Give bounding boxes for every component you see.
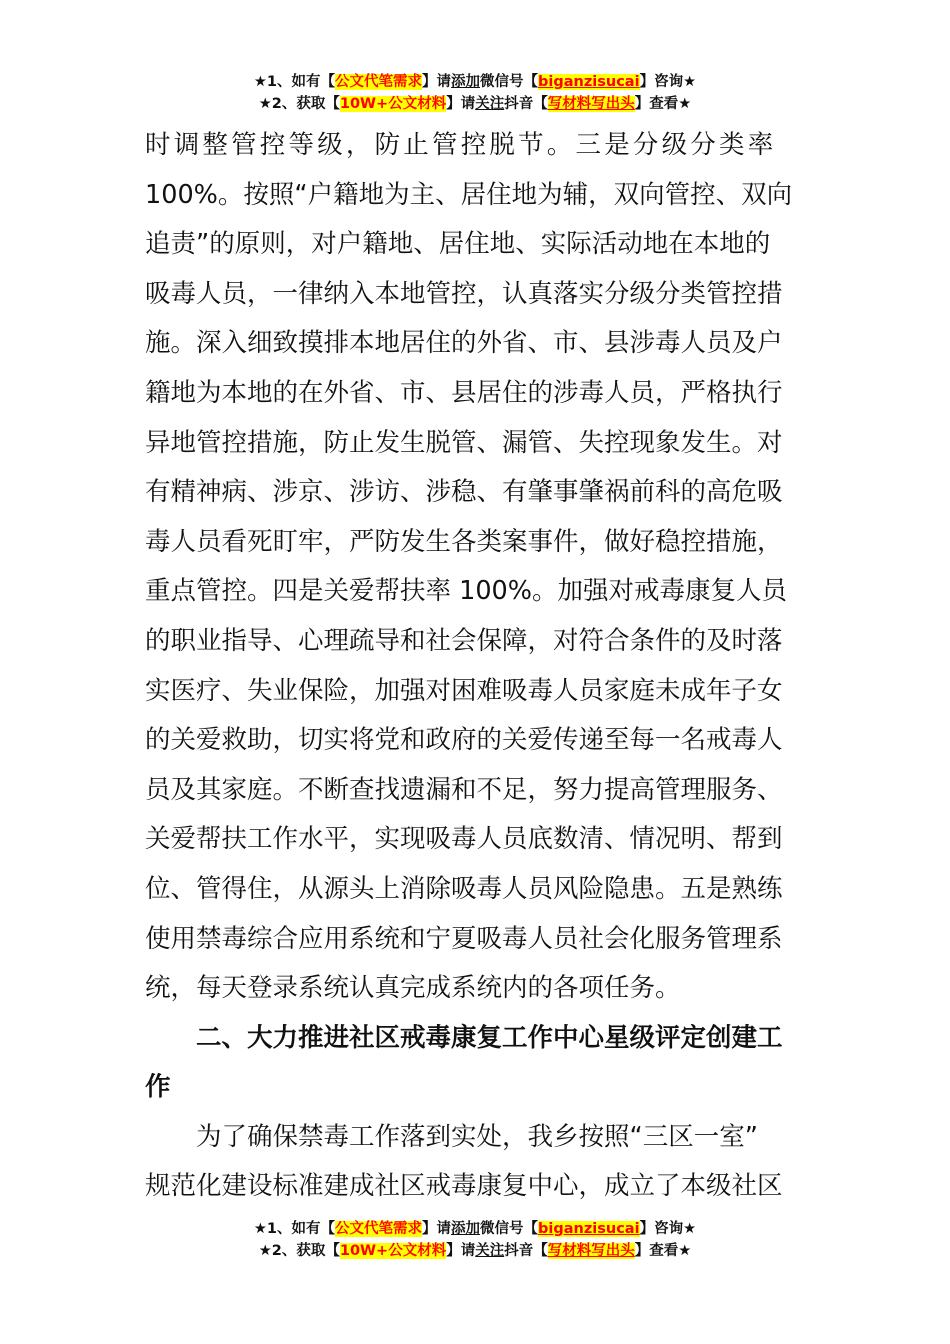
highlight-wechat-id: biganzisucai bbox=[538, 74, 640, 90]
highlight-service: 公文代笔需求 bbox=[335, 1221, 422, 1237]
banner-text: 】请 bbox=[446, 1243, 475, 1259]
highlight-wechat-id: biganzisucai bbox=[538, 1221, 640, 1237]
banner-line-2: ★2、获取【10W+公文材料】请关注抖音【写材料写出头】查看★ bbox=[0, 93, 950, 115]
text-line: 统，每天登录系统认真完成系统内的各项任务。 bbox=[145, 964, 807, 1014]
text-line: 的职业指导、心理疏导和社会保障，对符合条件的及时落 bbox=[145, 617, 807, 667]
banner-text: 】咨询★ bbox=[640, 1221, 697, 1237]
underlined-text: 关注 bbox=[475, 1243, 504, 1259]
footer-banner: ★1、如有【公文代笔需求】请添加微信号【biganzisucai】咨询★ ★2、… bbox=[0, 1218, 950, 1262]
text-line: 关爱帮扶工作水平，实现吸毒人员底数清、情况明、帮到 bbox=[145, 815, 807, 865]
banner-text: 】请 bbox=[422, 74, 451, 90]
document-body: 时调整管控等级，防止管控脱节。三是分级分类率 100%。按照“户籍地为主、居住地… bbox=[145, 121, 807, 1212]
banner-text: 微信号【 bbox=[480, 74, 538, 90]
text-line: 规范化建设标准建成社区戒毒康复中心，成立了本级社区 bbox=[145, 1162, 807, 1212]
highlight-materials: 10W+公文材料 bbox=[340, 96, 446, 112]
heading-line: 二、大力推进社区戒毒康复工作中心星级评定创建工 bbox=[145, 1014, 807, 1064]
highlight-materials: 10W+公文材料 bbox=[340, 1243, 446, 1259]
text-line: 追责”的原则，对户籍地、居住地、实际活动地在本地的 bbox=[145, 220, 807, 270]
highlight-douyin-id: 写材料写出头 bbox=[548, 1243, 635, 1259]
highlight-douyin-id: 写材料写出头 bbox=[548, 96, 635, 112]
banner-text: ★1、如有【 bbox=[254, 74, 335, 90]
text-line: 为了确保禁毒工作落到实处，我乡按照“三区一室” bbox=[145, 1113, 807, 1163]
banner-line-1: ★1、如有【公文代笔需求】请添加微信号【biganzisucai】咨询★ bbox=[0, 1218, 950, 1240]
paragraph-2: 为了确保禁毒工作落到实处，我乡按照“三区一室” 规范化建设标准建成社区戒毒康复中… bbox=[145, 1113, 807, 1212]
text-line: 100%。按照“户籍地为主、居住地为辅，双向管控、双向 bbox=[145, 171, 807, 221]
banner-line-1: ★1、如有【公文代笔需求】请添加微信号【biganzisucai】咨询★ bbox=[0, 71, 950, 93]
banner-text: 】请 bbox=[422, 1221, 451, 1237]
text-line: 使用禁毒综合应用系统和宁夏吸毒人员社会化服务管理系 bbox=[145, 915, 807, 965]
text-line: 的关爱救助，切实将党和政府的关爱传递至每一名戒毒人 bbox=[145, 716, 807, 766]
banner-text: ★2、获取【 bbox=[259, 96, 340, 112]
banner-text: 】查看★ bbox=[635, 1243, 692, 1259]
text-line: 实医疗、失业保险，加强对困难吸毒人员家庭未成年子女 bbox=[145, 667, 807, 717]
banner-text: ★2、获取【 bbox=[259, 1243, 340, 1259]
header-banner: ★1、如有【公文代笔需求】请添加微信号【biganzisucai】咨询★ ★2、… bbox=[0, 71, 950, 115]
banner-line-2: ★2、获取【10W+公文材料】请关注抖音【写材料写出头】查看★ bbox=[0, 1240, 950, 1262]
text-line: 异地管控措施，防止发生脱管、漏管、失控现象发生。对 bbox=[145, 419, 807, 469]
heading-line: 作 bbox=[145, 1063, 807, 1113]
text-line: 籍地为本地的在外省、市、县居住的涉毒人员，严格执行 bbox=[145, 369, 807, 419]
banner-text: 】请 bbox=[446, 96, 475, 112]
text-line: 吸毒人员，一律纳入本地管控，认真落实分级分类管控措 bbox=[145, 270, 807, 320]
banner-text: ★1、如有【 bbox=[254, 1221, 335, 1237]
underlined-text: 关注 bbox=[475, 96, 504, 112]
banner-text: 微信号【 bbox=[480, 1221, 538, 1237]
underlined-text: 添加 bbox=[451, 1221, 480, 1237]
section-heading: 二、大力推进社区戒毒康复工作中心星级评定创建工 作 bbox=[145, 1014, 807, 1113]
text-line: 毒人员看死盯牢，严防发生各类案事件，做好稳控措施， bbox=[145, 518, 807, 568]
underlined-text: 添加 bbox=[451, 74, 480, 90]
text-line: 有精神病、涉京、涉访、涉稳、有肇事肇祸前科的高危吸 bbox=[145, 468, 807, 518]
text-line: 员及其家庭。不断查找遗漏和不足，努力提高管理服务、 bbox=[145, 766, 807, 816]
text-line: 施。深入细致摸排本地居住的外省、市、县涉毒人员及户 bbox=[145, 319, 807, 369]
highlight-service: 公文代笔需求 bbox=[335, 74, 422, 90]
banner-text: 】咨询★ bbox=[640, 74, 697, 90]
paragraph-1: 时调整管控等级，防止管控脱节。三是分级分类率 100%。按照“户籍地为主、居住地… bbox=[145, 121, 807, 1014]
text-line: 重点管控。四是关爱帮扶率 100%。加强对戒毒康复人员 bbox=[145, 567, 807, 617]
banner-text: 抖音【 bbox=[504, 96, 548, 112]
banner-text: 】查看★ bbox=[635, 96, 692, 112]
text-line: 时调整管控等级，防止管控脱节。三是分级分类率 bbox=[145, 121, 807, 171]
text-line: 位、管得住，从源头上消除吸毒人员风险隐患。五是熟练 bbox=[145, 865, 807, 915]
banner-text: 抖音【 bbox=[504, 1243, 548, 1259]
